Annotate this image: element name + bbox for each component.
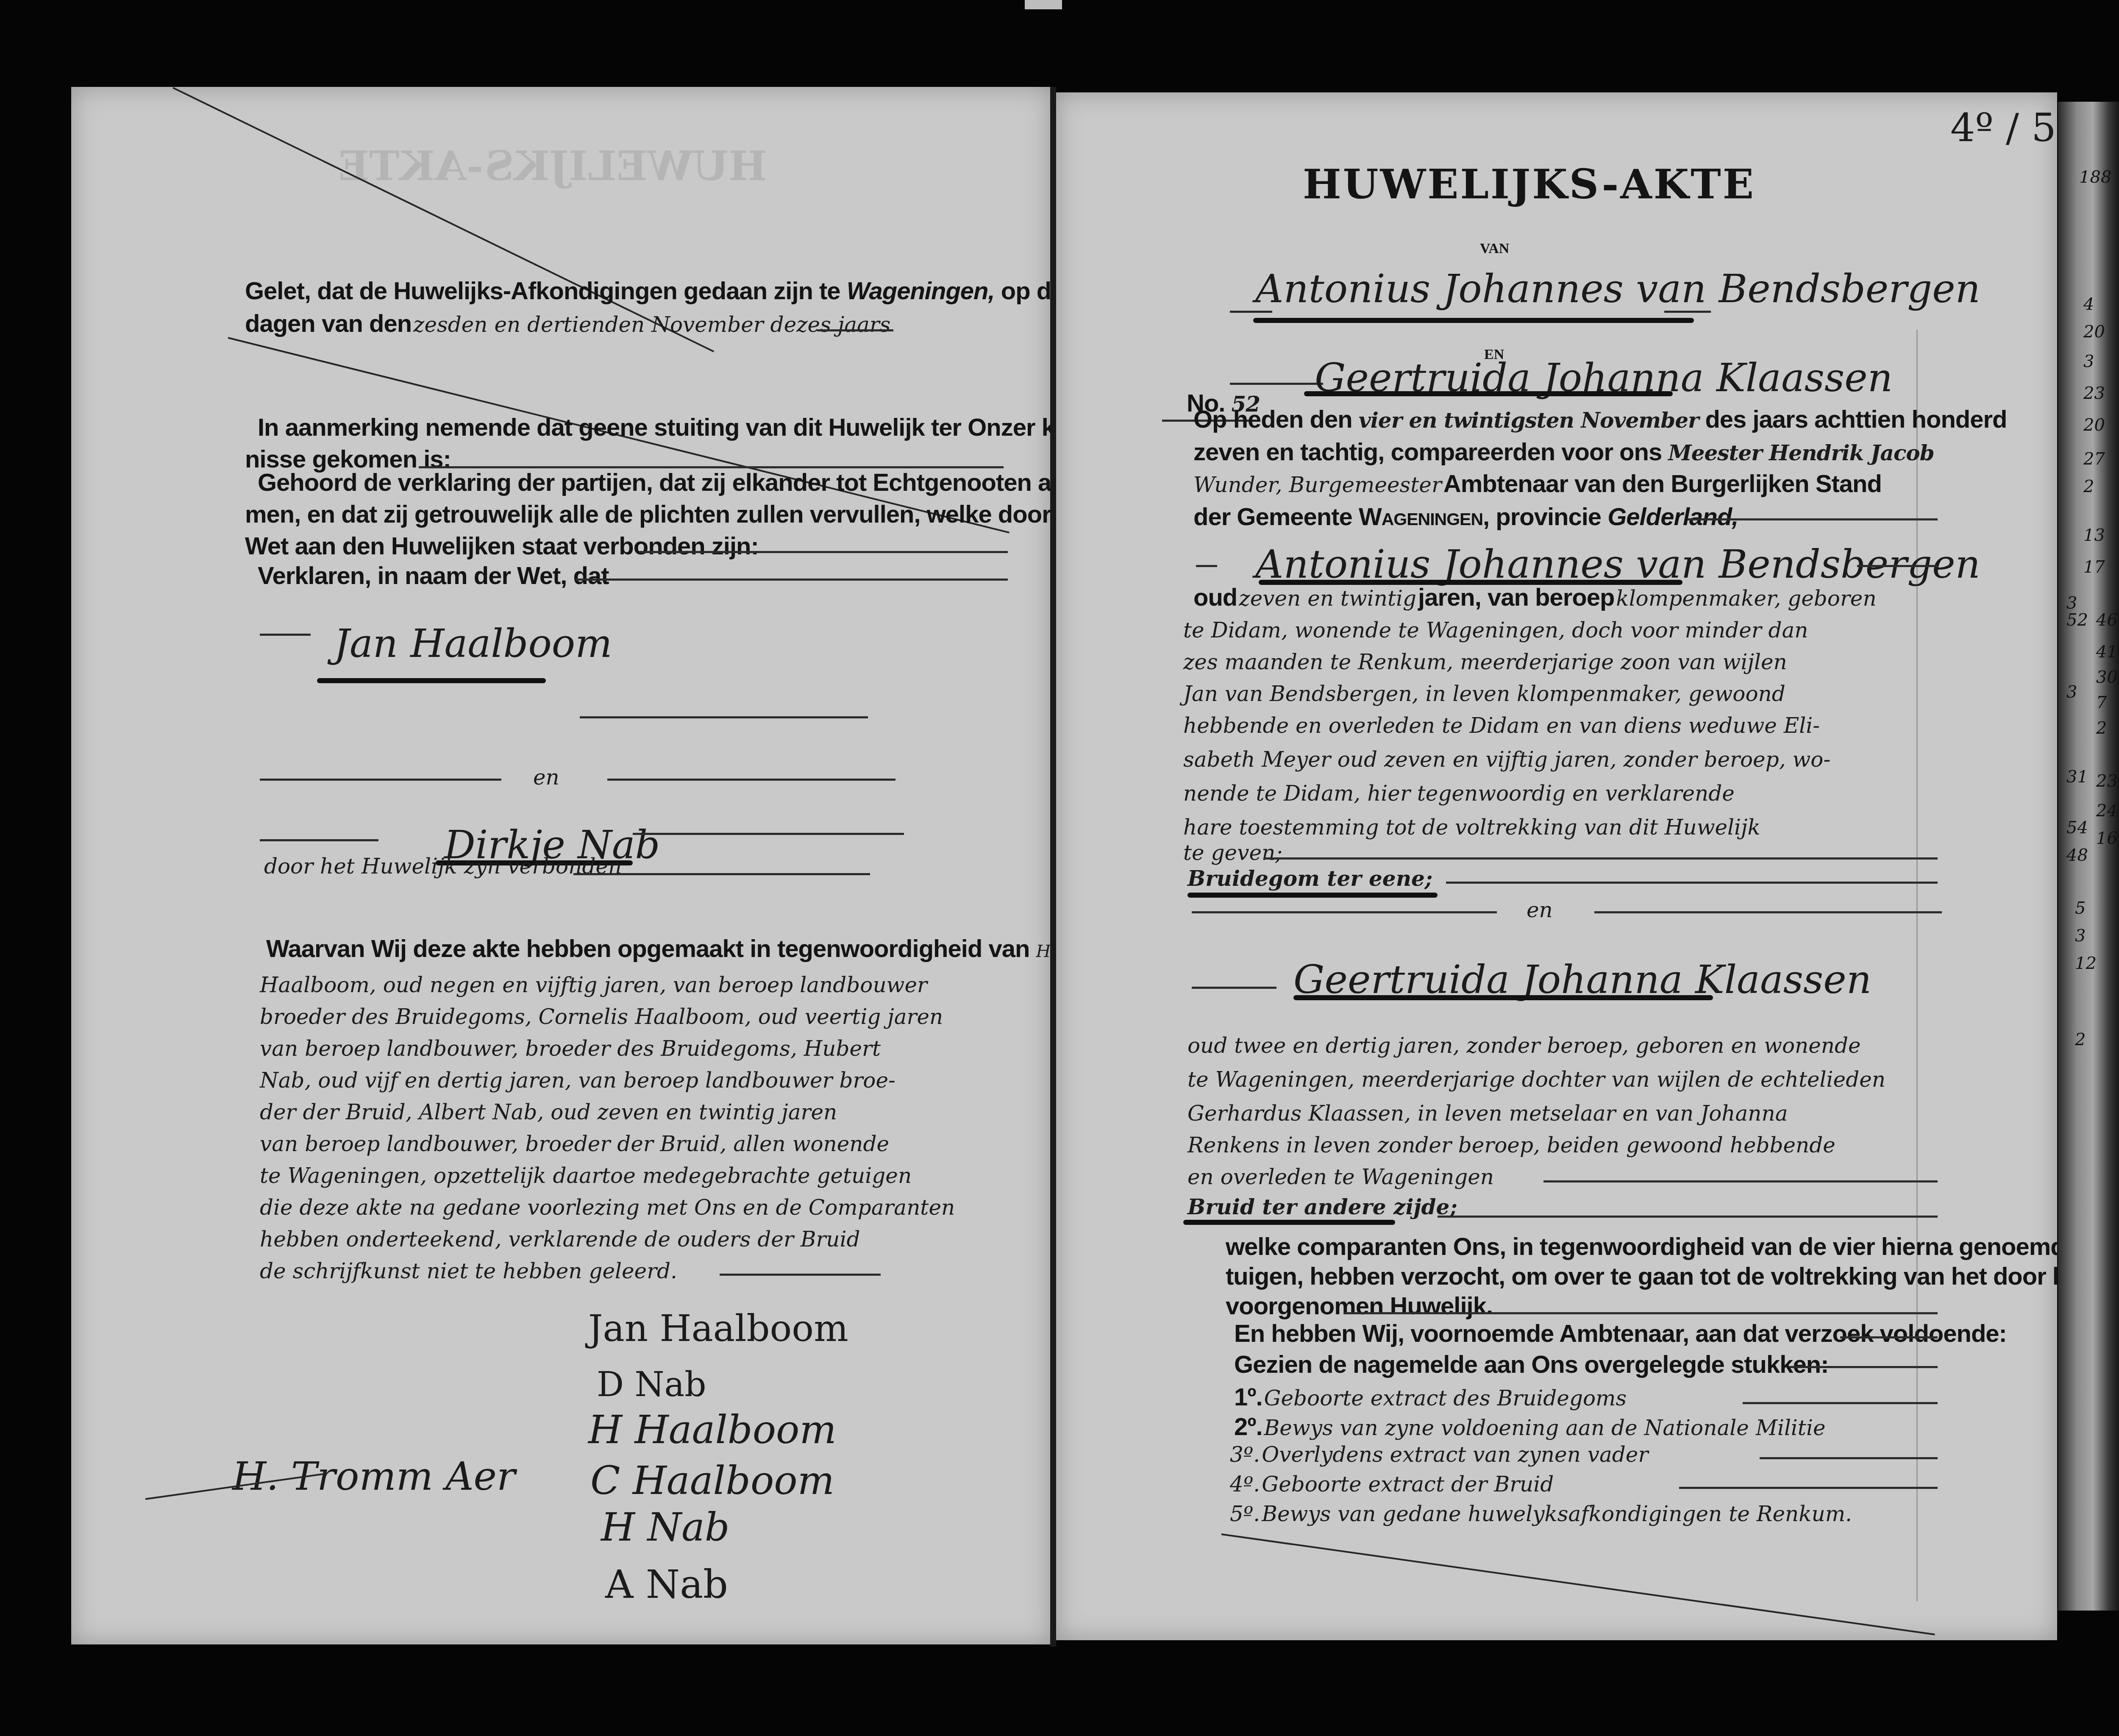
fill-line xyxy=(1438,1216,1938,1218)
bride-detail-line: Gerhardus Klaassen, in leven metselaar e… xyxy=(1187,1101,1788,1126)
fill-line xyxy=(1594,911,1942,913)
beroep-label: jaren, van beroep xyxy=(1418,584,1614,611)
document-number: 4º. xyxy=(1230,1472,1260,1497)
witness-line: van beroep landbouwer, broeder des Bruid… xyxy=(260,1036,881,1061)
fill-line xyxy=(1543,1180,1938,1182)
index-number: 30 xyxy=(2096,668,2118,687)
groom-occupation: klompenmaker, geboren xyxy=(1616,586,1876,611)
groom-detail-line: hebbende en overleden te Didam en van di… xyxy=(1183,713,1820,738)
fill-line xyxy=(1840,1336,1938,1338)
signature: H Nab xyxy=(601,1505,730,1550)
en-connector: en xyxy=(1527,898,1553,922)
document-text: Geboorte extract des Bruidegoms xyxy=(1264,1386,1627,1410)
fill-line xyxy=(1196,565,1217,567)
groom-name: Jan Haalboom xyxy=(334,621,612,666)
name-underline xyxy=(1304,391,1673,396)
ambtenaar-line: Wunder, Burgemeester Ambtenaar van den B… xyxy=(1193,470,1882,498)
name-underline xyxy=(1187,893,1438,898)
witness-line: te Wageningen, opzettelijk daartoe medeg… xyxy=(260,1163,912,1188)
document-text: Geboorte extract der Bruid xyxy=(1262,1472,1554,1497)
op-heden-line: Op heden den vier en twintigsten Novembe… xyxy=(1193,405,2007,434)
index-number: 20 xyxy=(2083,322,2105,342)
index-number: 27 xyxy=(2083,449,2105,469)
witness-line: hebben onderteekend, verklarende de oude… xyxy=(260,1227,860,1252)
name-underline xyxy=(1183,1220,1395,1225)
index-number: 3 xyxy=(2083,352,2094,371)
groom-detail-line: zes maanden te Renkum, meerderjarige zoo… xyxy=(1183,650,1787,674)
official-name: Meester Hendrik Jacob xyxy=(1668,440,1934,465)
index-number: 24 xyxy=(2096,801,2118,821)
document-text: Overlydens extract van zynen vader xyxy=(1262,1442,1648,1467)
document-item: 4º. Geboorte extract der Bruid xyxy=(1230,1472,1554,1497)
provincie-value: Gelderland, xyxy=(1607,503,1738,531)
op-heden-print: Op heden den xyxy=(1193,406,1352,433)
verklaren-line: Verklaren, in naam der Wet, dat xyxy=(258,562,609,590)
document-number: 5º. xyxy=(1230,1502,1260,1526)
bride-detail-line: oud twee en dertig jaren, zonder beroep,… xyxy=(1187,1033,1861,1058)
witness-line: de schrijfkunst niet te hebben geleerd. xyxy=(260,1259,677,1283)
index-number: 4 xyxy=(2083,295,2094,314)
document-number: 3º. xyxy=(1230,1442,1260,1467)
oud-line: oud zeven en twintig jaren, van beroep k… xyxy=(1193,583,1877,612)
gemeente-label: der Gemeente xyxy=(1193,503,1352,531)
compareerden-line: zeven en tachtig, compareerden voor ons … xyxy=(1193,438,1934,466)
index-number: 188 xyxy=(2079,167,2111,187)
index-tab-strip: 188 4 20 3 23 20 27 2 13 17 3 52 46 41 3… xyxy=(2058,102,2119,1611)
gelet-line1: Gelet, dat de Huwelijks-Afkondigingen ge… xyxy=(245,277,1122,305)
fill-line xyxy=(639,551,1008,553)
index-number: 2 xyxy=(2075,1030,2086,1049)
index-number: 3 xyxy=(2075,926,2086,946)
index-number: 5 xyxy=(2075,899,2086,918)
index-number: 46 xyxy=(2096,610,2118,630)
document-item: 1º. Geboorte extract des Bruidegoms xyxy=(1234,1383,1627,1411)
fill-line xyxy=(1664,311,1711,313)
witness-line: Haalboom, oud negen en vijftig jaren, va… xyxy=(260,973,927,997)
index-number: 31 xyxy=(2066,767,2088,787)
index-number: 23 xyxy=(2083,384,2105,403)
index-number: 52 xyxy=(2066,610,2088,630)
document-item: 3º. Overlydens extract van zynen vader xyxy=(1230,1442,1648,1467)
gelet-place: Wageningen, xyxy=(847,277,995,305)
op-heden-end: des jaars achttien honderd xyxy=(1705,406,2007,433)
gelet-line2-print: dagen van den xyxy=(245,310,412,337)
gezien-line: Gezien de nagemelde aan Ons overgelegde … xyxy=(1234,1350,1828,1379)
waarvan-line: Waarvan Wij deze akte hebben opgemaakt i… xyxy=(266,935,1104,963)
name-underline xyxy=(317,678,546,683)
signature: Jan Haalboom xyxy=(588,1308,848,1350)
op-heden-date: vier en twintigsten November xyxy=(1359,408,1699,433)
witness-line: broeder des Bruidegoms, Cornelis Haalboo… xyxy=(260,1004,943,1029)
fill-line xyxy=(1446,882,1938,884)
gehoord-line3: Wet aan den Huwelijken staat verbonden z… xyxy=(245,532,759,560)
signature: D Nab xyxy=(597,1365,706,1404)
fill-line xyxy=(576,579,1008,581)
document-number: 2º. xyxy=(1234,1413,1263,1441)
groom-detail-line: Jan van Bendsbergen, in leven klompenmak… xyxy=(1183,682,1785,706)
ghost-title-bleedthrough: HUWELIJKS-AKTE xyxy=(338,142,767,190)
index-number: 23 xyxy=(2096,771,2118,791)
fill-line xyxy=(1192,987,1276,989)
index-number: 3 xyxy=(2066,682,2077,702)
ambtenaar-print: Ambtenaar van den Burgerlijken Stand xyxy=(1443,470,1882,498)
fill-line xyxy=(1688,518,1938,520)
gemeente-value: Wageningen, xyxy=(1359,503,1489,531)
witness-line: der der Bruid, Albert Nab, oud zeven en … xyxy=(260,1100,837,1124)
right-page: 4º / 5 HUWELIJKS-AKTE VAN Antonius Johan… xyxy=(1056,92,2057,1640)
gelet-line2-hand: zesden en dertienden November dezes jaar… xyxy=(413,312,890,337)
groom-detail-line: sabeth Meyer oud zeven en vijftig jaren,… xyxy=(1183,747,1830,772)
index-number: 48 xyxy=(2066,846,2088,865)
signature: A Nab xyxy=(605,1562,728,1607)
bride-detail-line: en overleden te Wageningen xyxy=(1187,1165,1494,1189)
gelet-line2: dagen van den zesden en dertienden Novem… xyxy=(245,309,890,338)
gehoord-line2: men, en dat zij getrouwelijk alle de pli… xyxy=(245,500,1085,529)
cancel-line-bottom xyxy=(1221,1533,1935,1636)
index-number: 2 xyxy=(2096,718,2107,738)
bride-detail-line: te Wageningen, meerderjarige dochter van… xyxy=(1187,1067,1885,1092)
gehoord-line1: Gehoord de verklaring der partijen, dat … xyxy=(258,468,1115,497)
fill-line xyxy=(720,1274,881,1276)
document-text: Bewys van zyne voldoening aan de Nationa… xyxy=(1264,1416,1826,1440)
oud-label: oud xyxy=(1193,584,1237,611)
waarvan-print: Waarvan Wij deze akte hebben opgemaakt i… xyxy=(266,935,1029,963)
bride-detail-line: Renkens in leven zonder beroep, beiden g… xyxy=(1187,1133,1835,1157)
index-number: 17 xyxy=(2083,557,2105,577)
en-hebben-line: En hebben Wij, voornoemde Ambtenaar, aan… xyxy=(1234,1319,2007,1348)
index-number: 7 xyxy=(2096,693,2107,712)
fill-line xyxy=(260,634,311,636)
welke-line: welke comparanten Ons, in tegenwoordighe… xyxy=(1226,1232,2119,1261)
fill-line xyxy=(1264,857,1938,860)
welke-line: voorgenomen Huwelijk. xyxy=(1226,1292,1493,1320)
en-connector: en xyxy=(533,765,559,790)
page-note: 4º / 5 xyxy=(1950,105,2056,150)
fill-line xyxy=(1192,911,1497,913)
gelet-print: Gelet, dat de Huwelijks-Afkondigingen ge… xyxy=(245,277,840,305)
fill-line xyxy=(1789,1366,1938,1368)
margin-rule xyxy=(1916,330,1918,1601)
name-underline xyxy=(1293,995,1713,1000)
left-page: HUWELIJKS-AKTE Gelet, dat de Huwelijks-A… xyxy=(71,87,1051,1644)
groom-detail-line: te geven; xyxy=(1183,840,1282,865)
witness-line: van beroep landbouwer, broeder der Bruid… xyxy=(260,1132,889,1156)
verbonden-line: door het Huwelijk zyn verbonden xyxy=(264,854,622,879)
fill-line xyxy=(607,779,895,781)
signature: H Haalboom xyxy=(588,1407,837,1452)
groom-detail-line: hare toestemming tot de voltrekking van … xyxy=(1183,815,1760,840)
official-signature: H. Tromm Aer xyxy=(232,1454,515,1499)
index-number: 16 xyxy=(2096,829,2118,848)
index-number: 54 xyxy=(2066,818,2088,837)
fill-line xyxy=(1679,1487,1938,1489)
document-text: Bewys van gedane huwelyksafkondigingen t… xyxy=(1262,1502,1852,1526)
index-number: 2 xyxy=(2083,477,2094,496)
index-number: 12 xyxy=(2075,954,2097,973)
document-title: HUWELIJKS-AKTE xyxy=(1303,160,1755,208)
groom-age: zeven en twintig xyxy=(1239,586,1416,611)
fill-line xyxy=(1760,1457,1938,1459)
index-number: 20 xyxy=(2083,415,2105,435)
fill-line xyxy=(817,329,893,331)
witness-line: Nab, oud vijf en dertig jaren, van beroe… xyxy=(260,1068,895,1093)
fill-line xyxy=(1344,1312,1938,1314)
bride-side-label: Bruid ter andere zijde; xyxy=(1187,1194,1457,1219)
gemeente-line: der Gemeente Wageningen, provincie Gelde… xyxy=(1193,503,1738,531)
fill-line xyxy=(1743,1402,1938,1404)
compareerden-print: zeven en tachtig, compareerden voor ons xyxy=(1193,438,1662,466)
book-gutter xyxy=(1050,87,1056,1647)
fill-line xyxy=(1857,565,1938,567)
groom-side-label: Bruidegom ter eene; xyxy=(1187,866,1432,891)
signature: C Haalboom xyxy=(590,1458,834,1503)
van-label: VAN xyxy=(1480,241,1509,257)
document-number: 1º. xyxy=(1234,1383,1263,1411)
index-number: 41 xyxy=(2096,642,2118,662)
groom-header-name: Antonius Johannes van Bendsbergen xyxy=(1255,266,1980,312)
official-title: Wunder, Burgemeester xyxy=(1193,473,1442,497)
provincie-label: provincie xyxy=(1496,503,1601,531)
fill-line xyxy=(633,833,904,835)
witness-line: die deze akte na gedane voorlezing met O… xyxy=(260,1195,955,1220)
welke-line: tuigen, hebben verzocht, om over te gaan… xyxy=(1226,1262,2095,1291)
fill-line xyxy=(260,839,378,841)
fill-line xyxy=(260,779,501,781)
groom-detail-line: nende te Didam, hier tegenwoordig en ver… xyxy=(1183,781,1735,806)
aanmerking-line1: In aanmerking nemende dat geene stuiting… xyxy=(258,413,1090,442)
fill-line xyxy=(1230,383,1323,385)
fill-line xyxy=(580,716,868,718)
top-paper-tab xyxy=(1025,0,1062,9)
document-item: 2º. Bewys van zyne voldoening aan de Nat… xyxy=(1234,1413,1826,1441)
fill-line xyxy=(573,873,870,875)
document-item: 5º. Bewys van gedane huwelyksafkondiging… xyxy=(1230,1502,1852,1526)
groom-detail-line: te Didam, wonende te Wageningen, doch vo… xyxy=(1183,618,1808,643)
name-underline xyxy=(1253,318,1694,323)
index-number: 13 xyxy=(2083,526,2105,545)
